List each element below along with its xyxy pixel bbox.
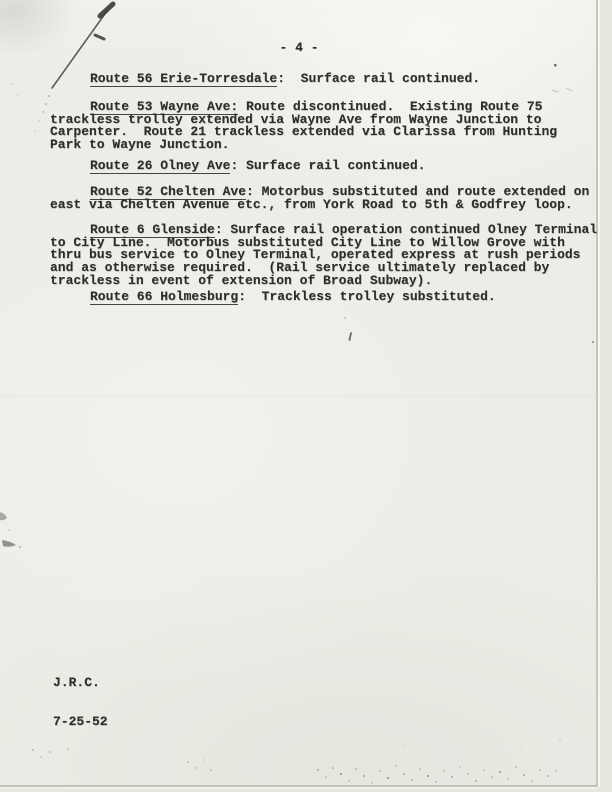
document-body: - 4 - Route 56 Erie-Torresdale: Surface … xyxy=(0,0,598,787)
signature-block: J.R.C. 7-25-52 xyxy=(53,652,108,754)
paragraph-line: trackless in event of extension of Broad… xyxy=(50,275,590,288)
paragraph-line: Park to Wayne Junction. xyxy=(50,139,590,152)
paragraph-line: Route 56 Erie-Torresdale: Surface rail c… xyxy=(50,73,590,86)
paragraph-route-26: Route 26 Olney Ave: Surface rail continu… xyxy=(50,160,590,173)
route-56-heading: Route 56 Erie-Torresdale xyxy=(90,71,277,87)
route-66-heading: Route 66 Holmesburg xyxy=(90,289,238,305)
paragraph-route-52: Route 52 Chelten Ave: Motorbus substitut… xyxy=(50,186,590,211)
paragraph-route-66: Route 66 Holmesburg: Trackless trolley s… xyxy=(50,291,590,304)
paragraph-route-53: Route 53 Wayne Ave: Route discontinued. … xyxy=(50,101,590,152)
page-number: - 4 - xyxy=(0,42,598,55)
signature-date: 7-25-52 xyxy=(53,716,108,729)
paragraph-line: Route 66 Holmesburg: Trackless trolley s… xyxy=(50,291,590,304)
scanned-document-page: { "page": { "number_label": "- 4 -", "pa… xyxy=(0,0,612,792)
route-26-heading: Route 26 Olney Ave xyxy=(90,158,230,174)
paragraph-route-56: Route 56 Erie-Torresdale: Surface rail c… xyxy=(50,73,590,86)
route-26-text: : Surface rail continued. xyxy=(230,158,425,173)
signature-initials: J.R.C. xyxy=(53,677,108,690)
paragraph-route-6: Route 6 Glenside: Surface rail operation… xyxy=(50,224,590,288)
route-56-text: : Surface rail continued. xyxy=(277,71,480,86)
paragraph-line: Route 26 Olney Ave: Surface rail continu… xyxy=(50,160,590,173)
paragraph-line: east via Chelten Avenue etc., from York … xyxy=(50,199,590,212)
route-66-text: : Trackless trolley substituted. xyxy=(238,289,495,304)
